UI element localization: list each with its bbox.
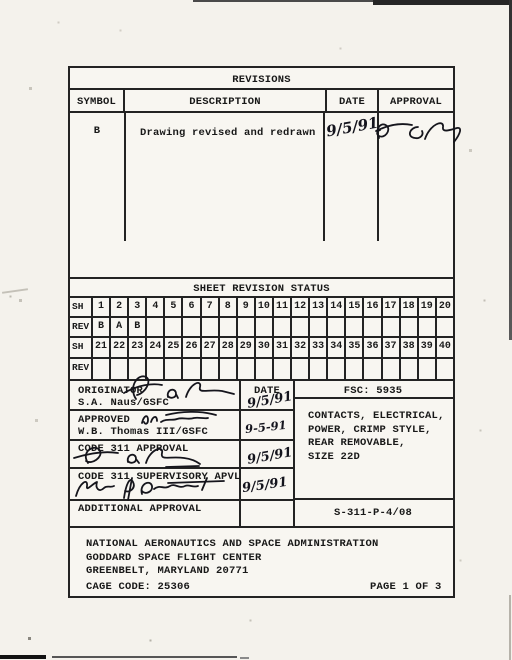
additional-approval-label: ADDITIONAL APPROVAL — [78, 503, 202, 516]
grid-cell: 39 — [417, 338, 435, 357]
rev-row-1: REVBAB — [70, 318, 453, 338]
scanned-page: REVISIONS SYMBOL DESCRIPTION DATE APPROV… — [0, 0, 512, 660]
scan-artifact-bottom-thick — [0, 655, 46, 659]
agency-line-1: NATIONAL AERONAUTICS AND SPACE ADMINISTR… — [86, 538, 379, 552]
grid-cell: 19 — [417, 298, 435, 316]
grid-cell: B — [127, 318, 145, 336]
grid-cell: 1 — [93, 298, 109, 316]
agency-line-3: GREENBELT, MARYLAND 20771 — [86, 565, 249, 579]
grid-cell — [362, 359, 380, 379]
column-line — [124, 113, 126, 241]
grid-cell: 12 — [290, 298, 308, 316]
date-header-label: DATE — [339, 96, 365, 108]
grid-cell: 25 — [163, 338, 181, 357]
grid-cell: 7 — [200, 298, 218, 316]
grid-cell: 3 — [127, 298, 145, 316]
part-description-line: CONTACTS, ELECTRICAL, — [308, 410, 445, 424]
approved-name: W.B. Thomas III/GSFC — [78, 426, 208, 439]
grid-cell — [93, 359, 109, 379]
scan-noise — [0, 0, 1, 1]
grid-cell: 35 — [344, 338, 362, 357]
grid-cell: 31 — [272, 338, 290, 357]
part-description: CONTACTS, ELECTRICAL, POWER, CRIMP STYLE… — [308, 410, 445, 464]
grid-cell: 15 — [344, 298, 362, 316]
grid-cell: B — [93, 318, 109, 336]
approval-column-header: APPROVAL — [379, 90, 453, 111]
supervisory-date-handwritten: 9/5/91 — [241, 475, 288, 496]
scan-artifact-right-faint — [509, 595, 511, 660]
grid-cell: 6 — [181, 298, 199, 316]
grid-cell: 37 — [381, 338, 399, 357]
grid-cell: 29 — [236, 338, 254, 357]
grid-cell — [145, 318, 163, 336]
approvals-section: ORIGINATOR S.A. Naus/GSFC DATE 9/5/91 AP… — [70, 379, 453, 526]
grid-cell: 9 — [236, 298, 254, 316]
scan-artifact-bottom-thin — [52, 656, 237, 658]
grid-cell: 20 — [435, 298, 453, 316]
grid-cell — [344, 318, 362, 336]
revision-approval-signature — [372, 114, 462, 150]
status-title: SHEET REVISION STATUS — [193, 283, 330, 295]
originator-signature — [122, 367, 240, 413]
grid-cell: 10 — [254, 298, 272, 316]
grid-cell — [417, 359, 435, 379]
grid-cell: 16 — [362, 298, 380, 316]
grid-cell — [326, 318, 344, 336]
grid-cell — [308, 359, 326, 379]
revisions-header-row: SYMBOL DESCRIPTION DATE APPROVAL — [70, 90, 453, 113]
grid-cell: 5 — [163, 298, 181, 316]
grid-cell: 17 — [381, 298, 399, 316]
grid-cell — [417, 318, 435, 336]
revision-description: Drawing revised and redrawn — [140, 127, 316, 140]
scan-artifact-margin-mark — [2, 288, 28, 294]
grid-cell — [399, 359, 417, 379]
grid-cell — [254, 359, 272, 379]
grid-row-label: SH — [70, 338, 93, 357]
grid-cell: 4 — [145, 298, 163, 316]
grid-cell: 21 — [93, 338, 109, 357]
grid-cell — [181, 318, 199, 336]
grid-cell: 34 — [326, 338, 344, 357]
grid-cell — [344, 359, 362, 379]
grid-cell — [163, 318, 181, 336]
grid-cell: 28 — [218, 338, 236, 357]
grid-cell — [236, 318, 254, 336]
grid-cell: 8 — [218, 298, 236, 316]
grid-cell: 38 — [399, 338, 417, 357]
grid-cell: 36 — [362, 338, 380, 357]
grid-cell: 23 — [127, 338, 145, 357]
symbol-column-header: SYMBOL — [70, 90, 125, 111]
symbol-header-label: SYMBOL — [77, 96, 116, 108]
agency-line-2: GODDARD SPACE FLIGHT CENTER — [86, 552, 262, 566]
grid-cell — [435, 318, 453, 336]
scan-artifact-top-left — [193, 0, 375, 2]
sheet-number-row-1: SH1234567891011121314151617181920 — [70, 298, 453, 318]
fsc-value: FSC: 5935 — [295, 385, 451, 398]
grid-cell: 11 — [272, 298, 290, 316]
part-description-line: SIZE 22D — [308, 451, 445, 465]
grid-cell: 14 — [326, 298, 344, 316]
grid-cell — [362, 318, 380, 336]
grid-row-label: SH — [70, 298, 93, 316]
column-line — [323, 113, 325, 241]
grid-cell: 40 — [435, 338, 453, 357]
grid-cell — [290, 318, 308, 336]
part-description-line: POWER, CRIMP STYLE, — [308, 424, 445, 438]
grid-cell: 2 — [109, 298, 127, 316]
page-number: PAGE 1 OF 3 — [370, 581, 442, 594]
row-line — [70, 439, 295, 441]
part-number: S-311-P-4/08 — [295, 507, 451, 520]
grid-cell — [254, 318, 272, 336]
revision-sheet: REVISIONS SYMBOL DESCRIPTION DATE APPROV… — [68, 66, 455, 598]
grid-cell: 32 — [290, 338, 308, 357]
grid-cell: 26 — [181, 338, 199, 357]
agency-block: NATIONAL AERONAUTICS AND SPACE ADMINISTR… — [70, 526, 453, 596]
grid-cell — [272, 359, 290, 379]
part-number-row-line — [295, 498, 453, 500]
grid-cell: 27 — [200, 338, 218, 357]
revisions-body: B Drawing revised and redrawn 9/5/91 — [70, 113, 453, 277]
grid-cell: 24 — [145, 338, 163, 357]
date-column-header: DATE — [325, 90, 379, 111]
grid-cell: 30 — [254, 338, 272, 357]
grid-cell: 22 — [109, 338, 127, 357]
revisions-title: REVISIONS — [232, 74, 291, 86]
grid-cell — [326, 359, 344, 379]
description-column-header: DESCRIPTION — [125, 90, 325, 111]
grid-cell — [308, 318, 326, 336]
grid-cell: 13 — [308, 298, 326, 316]
sheet-number-row-2: SH21222324252627282930313233343536373839… — [70, 338, 453, 359]
status-title-row: SHEET REVISION STATUS — [70, 277, 453, 298]
grid-cell — [381, 318, 399, 336]
grid-cell: 33 — [308, 338, 326, 357]
approval-header-label: APPROVAL — [390, 96, 442, 108]
cage-code: CAGE CODE: 25306 — [86, 581, 190, 594]
grid-cell — [218, 318, 236, 336]
grid-row-label: REV — [70, 318, 93, 336]
part-description-line: REAR REMOVABLE, — [308, 437, 445, 451]
revision-symbol: B — [70, 125, 124, 138]
code311-signature — [72, 445, 202, 473]
description-header-label: DESCRIPTION — [189, 96, 261, 108]
grid-cell — [399, 318, 417, 336]
grid-cell: 18 — [399, 298, 417, 316]
scan-artifact-top-right — [373, 0, 512, 5]
code311-date-handwritten: 9/5/91 — [246, 445, 294, 468]
revisions-title-row: REVISIONS — [70, 68, 453, 90]
scan-artifact-bottom-dots — [240, 657, 249, 659]
supervisory-signature — [72, 474, 232, 504]
grid-cell — [435, 359, 453, 379]
grid-cell — [200, 318, 218, 336]
grid-cell — [272, 318, 290, 336]
grid-cell — [290, 359, 308, 379]
grid-cell — [381, 359, 399, 379]
grid-row-label: REV — [70, 359, 93, 379]
grid-cell: A — [109, 318, 127, 336]
approved-date-handwritten: 9-5-91 — [244, 418, 287, 436]
